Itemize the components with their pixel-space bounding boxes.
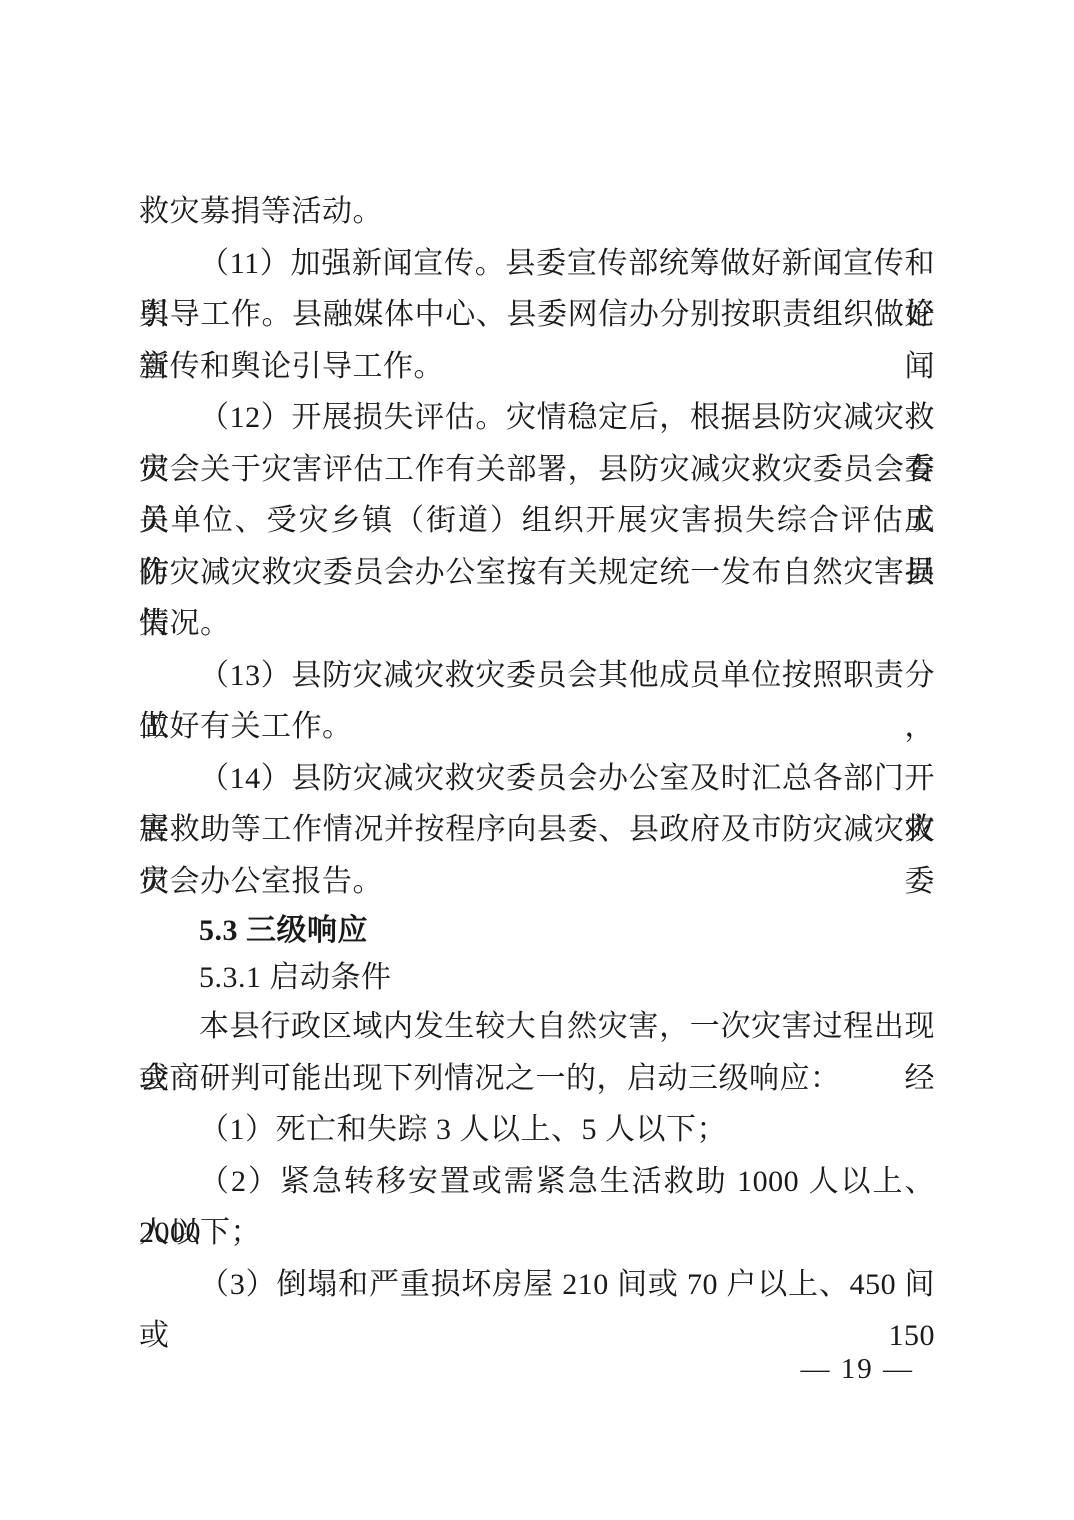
text-line: 本县行政区域内发生较大自然灾害，一次灾害过程出现或经 bbox=[139, 1001, 935, 1053]
page-number: — 19 — bbox=[801, 1352, 915, 1386]
text-line: （3）倒塌和严重损坏房屋 210 间或 70 户以上、450 间或 150 bbox=[139, 1259, 935, 1311]
text-line: （12）开展损失评估。灾情稳定后，根据县防灾减灾救灾委 bbox=[139, 392, 935, 444]
text-line: 会商研判可能出现下列情况之一的，启动三级响应： bbox=[139, 1053, 935, 1105]
text-line: 5.3.1 启动条件 bbox=[139, 954, 935, 1001]
text-line: 情况。 bbox=[139, 598, 935, 650]
document-lines: 救灾募捐等活动。（11）加强新闻宣传。县委宣传部统筹做好新闻宣传和舆论引导工作。… bbox=[139, 186, 935, 1310]
text-line: （1）死亡和失踪 3 人以上、5 人以下； bbox=[139, 1104, 935, 1156]
text-line: （13）县防灾减灾救灾委员会其他成员单位按照职责分工， bbox=[139, 650, 935, 702]
text-line: （2）紧急转移安置或需紧急生活救助 1000 人以上、2000 bbox=[139, 1156, 935, 1208]
text-line: 员会关于灾害评估工作有关部署，县防灾减灾救灾委员会有关成 bbox=[139, 444, 935, 496]
text-line: 5.3 三级响应 bbox=[139, 907, 935, 954]
text-line: （14）县防灾减灾救灾委员会办公室及时汇总各部门开展灾 bbox=[139, 753, 935, 805]
document-page: 救灾募捐等活动。（11）加强新闻宣传。县委宣传部统筹做好新闻宣传和舆论引导工作。… bbox=[0, 0, 1074, 1520]
text-line: 害救助等工作情况并按程序向县委、县政府及市防灾减灾救灾委 bbox=[139, 804, 935, 856]
text-line: 引导工作。县融媒体中心、县委网信办分别按职责组织做好新闻 bbox=[139, 289, 935, 341]
text-line: 人以下； bbox=[139, 1207, 935, 1259]
text-line: 救灾募捐等活动。 bbox=[139, 186, 935, 238]
text-line: （11）加强新闻宣传。县委宣传部统筹做好新闻宣传和舆论 bbox=[139, 238, 935, 290]
text-line: 防灾减灾救灾委员会办公室按有关规定统一发布自然灾害损失 bbox=[139, 547, 935, 599]
text-line: 员单位、受灾乡镇（街道）组织开展灾害损失综合评估工作。县 bbox=[139, 495, 935, 547]
